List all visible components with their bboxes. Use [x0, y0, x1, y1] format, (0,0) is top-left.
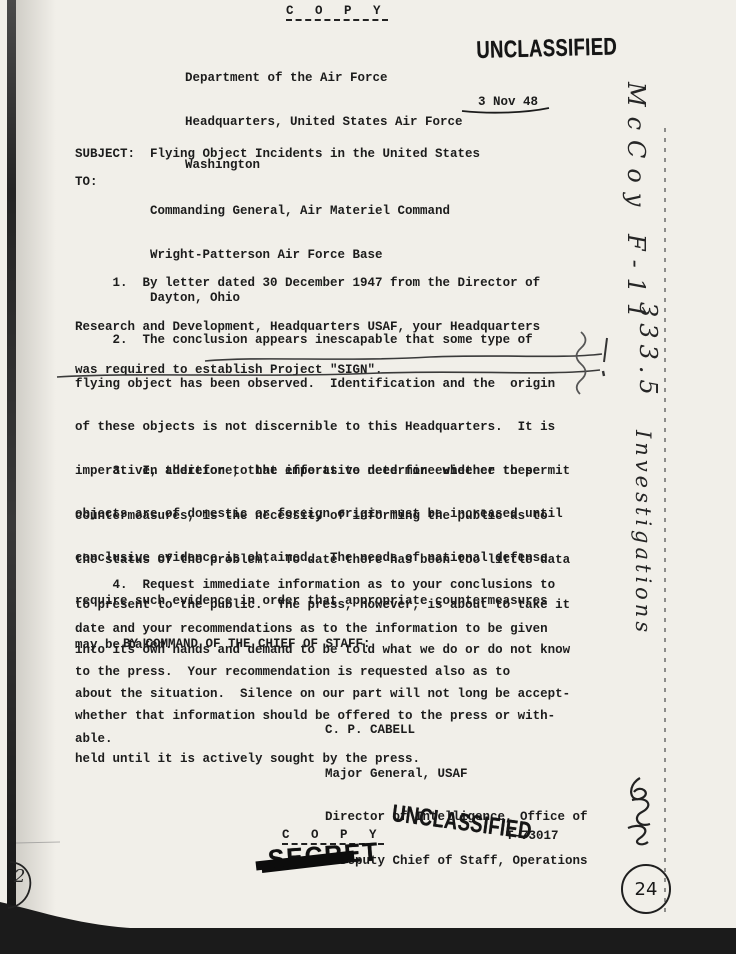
letter-line: date and your recommendations as to the … — [75, 622, 555, 637]
letter-line: 4. Request immediate information as to y… — [75, 578, 555, 593]
letter-line: countermeasures, is the necessity of inf… — [75, 509, 570, 524]
page-number: 24 — [635, 879, 658, 900]
margin-note-file-number: 333.5 — [634, 302, 662, 427]
letter-line: 1. By letter dated 30 December 1947 from… — [75, 276, 540, 291]
scan-edge-shadow — [16, 0, 56, 954]
letter-line: 3. In addition to the imperative need fo… — [75, 464, 570, 479]
signature-name: C. P. CABELL — [325, 723, 588, 738]
document-date: 3 Nov 48 — [478, 95, 538, 109]
letter-line: of these objects is not discernible to t… — [75, 420, 563, 435]
letter-line: to the press. Your recommendation is req… — [75, 665, 555, 680]
subject-label: SUBJECT: — [75, 147, 135, 161]
page-number-circle: 24 — [621, 864, 671, 914]
unclassified-stamp-top: UNCLASSIFIED — [476, 32, 617, 64]
signature-rank: Major General, USAF — [325, 767, 588, 782]
letter-line: flying object has been observed. Identif… — [75, 377, 563, 392]
to-label: TO: — [75, 175, 98, 189]
letterhead-line: Department of the Air Force — [185, 71, 463, 86]
margin-note-category: Investigations — [631, 430, 655, 670]
subject-text: Flying Object Incidents in the United St… — [150, 147, 480, 161]
letterhead-line: Headquarters, United States Air Force — [185, 115, 463, 130]
scan-edge-line — [7, 0, 16, 954]
command-line: BY COMMAND OF THE CHIEF OF STAFF: — [123, 637, 371, 651]
edge-page-number: 2 — [14, 866, 25, 887]
to-line: Commanding General, Air Materiel Command — [150, 204, 450, 219]
letterhead: Department of the Air Force Headquarters… — [185, 42, 463, 187]
copy-marking-top: C O P Y — [286, 4, 388, 21]
letter-line: 2. The conclusion appears inescapable th… — [75, 333, 563, 348]
